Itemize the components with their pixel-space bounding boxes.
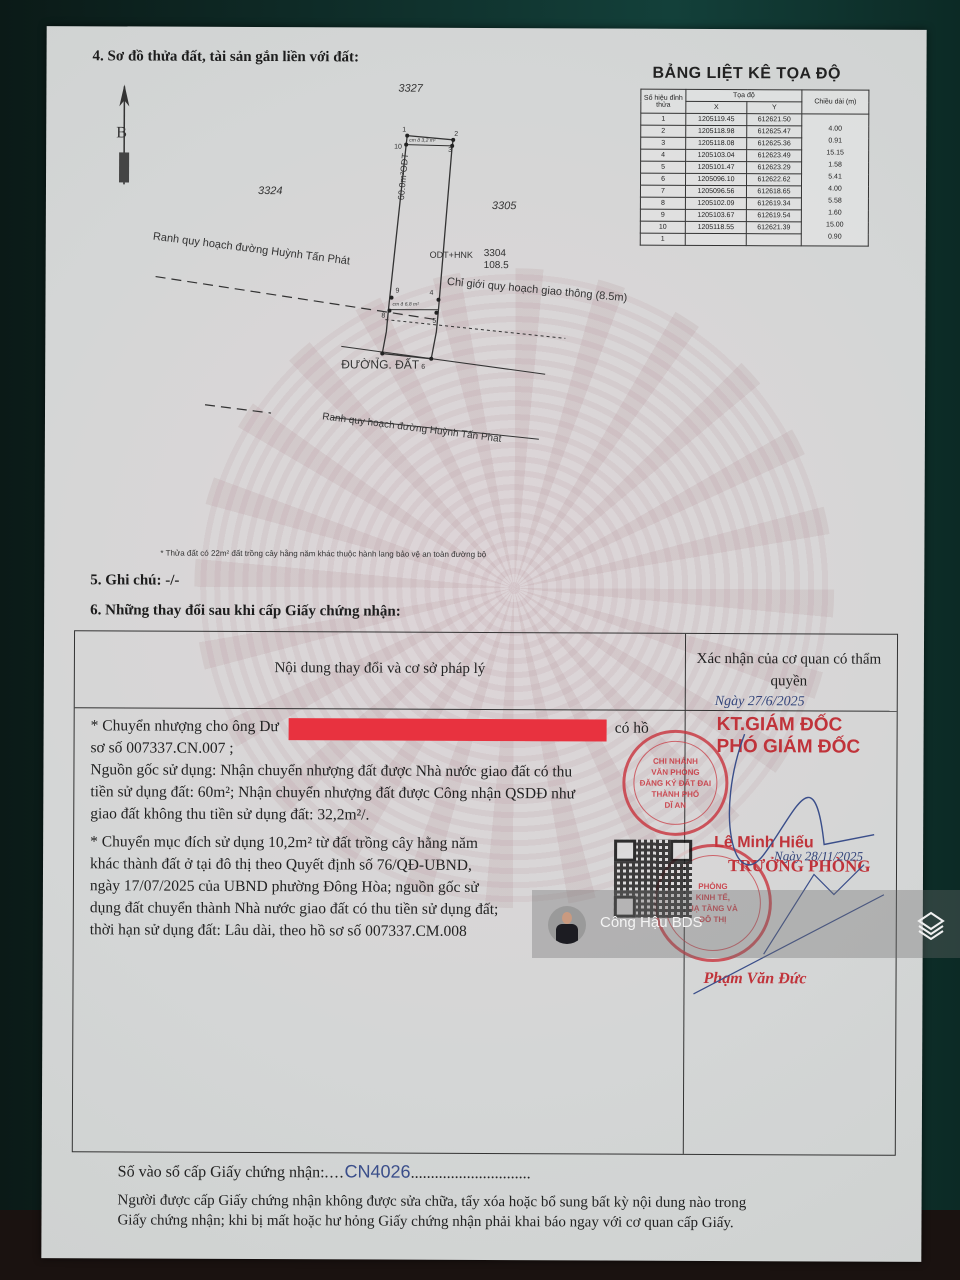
point-5: 5	[432, 318, 436, 325]
layers-icon[interactable]	[916, 910, 946, 940]
point-4: 4	[430, 290, 434, 297]
point-10: 10	[394, 144, 402, 151]
coord-cell-point: 8	[640, 197, 685, 209]
point-9: 9	[396, 288, 400, 295]
coord-cell-length: 5.58	[801, 192, 868, 204]
certificate-page: 4. Sơ đồ thửa đất, tài sản gắn liền với …	[41, 26, 926, 1262]
coord-cell-point: 3	[641, 137, 686, 149]
coord-cell-x: 1205119.45	[686, 113, 747, 125]
coord-cell-x: 1205118.55	[685, 221, 746, 233]
entry-2: * Chuyển mục đích sử dụng 10,2m² từ đất …	[90, 831, 600, 943]
coord-table-body: 11205119.45612621.504.0021205118.9861262…	[640, 113, 869, 246]
parcel-3305: 3305	[492, 200, 517, 212]
coord-cell-y: 612625.47	[747, 126, 802, 138]
entry-2-line-5: thời hạn sử dụng đất: Lâu dài, theo hồ s…	[90, 919, 600, 943]
point-1: 1	[402, 127, 406, 134]
coord-cell-x: 1205102.09	[685, 197, 746, 209]
coord-cell-x: 1205096.10	[686, 173, 747, 185]
coord-cell-point: 4	[641, 149, 686, 161]
section-6-title: 6. Những thay đổi sau khi cấp Giấy chứng…	[90, 602, 401, 620]
coord-table: Số hiệu đỉnh thửa Tọa độ Chiều dài (m) X…	[640, 89, 870, 247]
entry-2-line-1: * Chuyển mục đích sử dụng 10,2m² từ đất …	[90, 831, 600, 855]
coord-cell-point: 5	[641, 161, 686, 173]
coord-cell-y: 612621.39	[746, 222, 801, 234]
coord-cell-length: 0.91	[802, 132, 869, 144]
coord-cell-length: 4.00	[801, 180, 868, 192]
coord-cell-length: 5.41	[802, 168, 869, 180]
parcel-3324: 3324	[258, 185, 283, 197]
coord-cell-y: 612621.50	[747, 114, 802, 126]
section-5-title: 5. Ghi chú: -/-	[90, 572, 179, 589]
coord-header-y: Y	[747, 102, 802, 114]
coord-cell-length: 0.90	[801, 228, 868, 240]
column-confirm-header: Xác nhận của cơ quan có thẩm quyền	[689, 648, 889, 693]
parcel-3304: 3304	[484, 248, 506, 259]
diagram-footnote: * Thửa đất có 22m² đất trồng cây hằng nă…	[160, 549, 486, 559]
entry-1-line-5: giao đất không thu tiền sử dụng đất: 32,…	[90, 803, 670, 828]
parcel-3327: 3327	[398, 83, 423, 95]
bottom-strip-label: cm ð 6,8 m²	[392, 302, 418, 308]
redaction-bar	[289, 718, 607, 741]
author-name[interactable]: Công Hậu BDS	[600, 914, 703, 931]
signature-strokes	[673, 694, 894, 1015]
coord-cell-y: 612622.62	[747, 174, 802, 186]
coord-cell-y: 612625.36	[747, 138, 802, 150]
coord-cell-x: 1205096.56	[685, 185, 746, 197]
coord-cell-x: 1205101.47	[686, 161, 747, 173]
registry-value: CN4026	[345, 1161, 411, 1181]
registry-label: Số vào sổ cấp Giấy chứng nhận:	[118, 1163, 325, 1181]
north-label: B	[116, 124, 127, 142]
point-8: 8	[381, 313, 385, 320]
coord-cell-length: 1.60	[801, 204, 868, 216]
entry-2-line-4: dụng đất chuyển thành Nhà nước giao đất …	[90, 897, 600, 921]
point-2: 2	[454, 131, 458, 138]
coord-cell-length: 15.00	[801, 216, 868, 228]
coord-cell-y: 612619.54	[746, 210, 801, 222]
entry-2-line-3: ngày 17/07/2025 của UBND phường Đông Hòa…	[90, 875, 600, 899]
coord-cell-point: 1	[640, 233, 685, 245]
notice-line-2: Giấy chứng nhận; khi bị mất hoặc hư hỏng…	[117, 1212, 733, 1232]
coord-cell-point: 10	[640, 221, 685, 233]
author-avatar[interactable]	[548, 906, 586, 944]
author-overlay-bar	[532, 890, 960, 958]
coord-row: 11205119.45612621.504.00	[641, 113, 869, 126]
coord-cell-point: 2	[641, 125, 686, 137]
road-name-label: ĐƯỜNG. ĐẤT	[341, 357, 419, 371]
notice-line-1: Người được cấp Giấy chứng nhận không đượ…	[118, 1192, 747, 1212]
coord-cell-point: 9	[640, 209, 685, 221]
coord-cell-y: 612618.65	[746, 186, 801, 198]
point-6: 6	[421, 364, 425, 371]
coord-header-point: Số hiệu đỉnh thửa	[641, 89, 686, 113]
registry-number-row: Số vào sổ cấp Giấy chứng nhận:....CN4026…	[118, 1160, 531, 1183]
coord-header-length: Chiều dài (m)	[802, 90, 869, 114]
coord-cell-length: 4.00	[802, 120, 869, 132]
entry-2-line-2: khác thành đất ở tại đô thị theo Quyết đ…	[90, 853, 600, 877]
coord-cell-y: 612619.34	[746, 198, 801, 210]
coord-cell-x	[685, 233, 746, 245]
entry-1-line-3: Nguồn gốc sử dụng: Nhận chuyển nhượng đấ…	[90, 759, 670, 784]
coord-cell-length: 1.58	[802, 156, 869, 168]
top-strip-label: cm ð 3,2 m²	[409, 138, 435, 144]
coord-cell-point: 6	[641, 173, 686, 185]
coord-cell-y: 612623.49	[747, 150, 802, 162]
coord-cell-x: 1205103.04	[686, 149, 747, 161]
coord-cell-point: 1	[641, 113, 686, 125]
coord-cell-y: 612623.29	[747, 162, 802, 174]
column-content-header: Nội dung thay đổi và cơ sở pháp lý	[75, 659, 685, 679]
parcel-3304-area: 108.5	[484, 260, 509, 271]
coord-cell-x: 1205118.08	[686, 137, 747, 149]
coord-header-x: X	[686, 101, 747, 113]
entry-1-line-4: tiền sử dụng đất: 60m²; Nhận chuyển nhượ…	[90, 781, 670, 806]
coord-table-title: BẢNG LIỆT KÊ TỌA ĐỘ	[652, 65, 841, 84]
coord-cell-x: 1205118.98	[686, 125, 747, 137]
coord-cell-length: 15.15	[802, 144, 869, 156]
coord-header-coords: Tọa độ	[686, 89, 802, 102]
point-3: 3	[448, 147, 452, 154]
land-type-label: ODT+HNK	[430, 250, 473, 260]
coord-cell-point: 7	[640, 185, 685, 197]
coord-cell-y	[746, 234, 801, 246]
coord-cell-x: 1205103.67	[685, 209, 746, 221]
